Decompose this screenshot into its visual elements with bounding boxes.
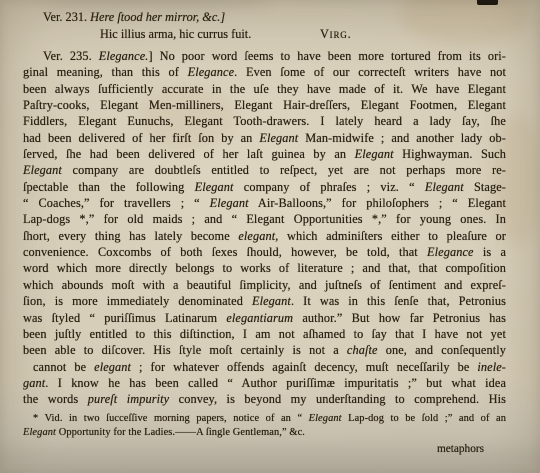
text-segment: . Even ſome of our correcteſt writers ha… (234, 65, 506, 79)
text-segment: Paſtry-cooks, Elegant Men-milliners, Ele… (23, 98, 506, 112)
text-line: Fiddlers, Elegant Eunuchs, Elegant Tooth… (23, 113, 506, 129)
text-segment: Ver. 235. (43, 49, 99, 63)
text-segment: Lap-dog to be ſold ;” and of an (342, 413, 506, 424)
verse-label: Ver. 231. (43, 10, 87, 24)
text-segment: ſion, is more immediately denominated (23, 294, 252, 308)
italic-text-segment: gant (23, 376, 45, 390)
text-segment: Stage- (464, 180, 506, 194)
text-segment: convenience. Coxcombs of both ſexes ſhou… (23, 245, 427, 259)
italic-text-segment: Elegant (23, 163, 62, 177)
text-segment: one, and conſequently (378, 343, 506, 357)
text-line: convenience. Coxcombs of both ſexes ſhou… (23, 244, 506, 260)
text-segment: which abounds moſt with a beautiful ſimp… (23, 278, 506, 292)
italic-text-segment: elegant (238, 229, 275, 243)
latin-quote: Hic illius arma, hic currus fuit. (100, 27, 251, 41)
text-line: ſerved, ſhe had been delivered of her la… (23, 146, 506, 162)
text-segment: cannot be (33, 360, 94, 374)
text-line: been juſtly entitled to this diſtinction… (23, 326, 506, 342)
text-line: been always ſufficiently accurate in the… (23, 81, 506, 97)
text-segment: company of phraſes ; viz. “ (234, 180, 425, 194)
italic-text-segment: inele- (477, 360, 506, 374)
italic-text-segment: Elegance. (99, 49, 149, 63)
quote-attribution: Virg. (320, 26, 351, 43)
footnote: * Vid. in two ſucceſſive morning papers,… (23, 412, 506, 440)
verse-note-231: Ver. 231. Here ſtood her mirror, &c.] Hi… (23, 9, 506, 43)
italic-text-segment: Elegant (252, 294, 291, 308)
text-segment: Man-midwife ; and another lady ob- (298, 131, 506, 145)
italic-text-segment: Elegance (427, 245, 474, 259)
text-line: “ Coaches,” for travellers ; “ Elegant A… (23, 195, 506, 211)
text-segment: ſerved, ſhe had been delivered of her la… (23, 147, 355, 161)
italic-text-segment: Elegant (259, 131, 298, 145)
text-line: Elegant company are doubtleſs entitled t… (23, 162, 506, 178)
text-line: which abounds moſt with a beautiful ſimp… (23, 277, 506, 293)
text-line: * Vid. in two ſucceſſive morning papers,… (23, 412, 506, 426)
text-segment: is a (474, 245, 506, 259)
text-line: was ſtyled “ puriſſimus Latinarum elegan… (23, 310, 506, 326)
text-segment: Fiddlers, Elegant Eunuchs, Elegant Tooth… (23, 114, 506, 128)
italic-text-segment: pureſt impurity (88, 392, 169, 406)
italic-text-segment: elegant (94, 360, 131, 374)
text-segment: was ſtyled “ puriſſimus Latinarum (23, 311, 226, 325)
ink-blot-artifact (477, 0, 498, 5)
book-page: Ver. 231. Here ſtood her mirror, &c.] Hi… (0, 0, 540, 473)
text-line: Elegant Opportunity for the Ladies.——A ſ… (23, 426, 506, 440)
italic-text-segment: Elegant (195, 180, 234, 194)
verse-title: Here ſtood her mirror, &c.] (90, 10, 225, 24)
text-segment: Highwayman. Such (394, 147, 506, 161)
text-segment: Air-Balloons,” for philoſophers ; “ Eleg… (249, 196, 506, 210)
text-line: word which more directly belongs to work… (23, 260, 506, 276)
verse-231-heading: Ver. 231. Here ſtood her mirror, &c.] (23, 9, 506, 26)
text-segment: company are doubtleſs entitled to reſpec… (62, 163, 506, 177)
text-segment: ginal meaning, than this of (23, 65, 188, 79)
text-segment: had been delivered of her firſt ſon by a… (23, 131, 259, 145)
text-segment: Opportunity for the Ladies.——A ſingle Ge… (56, 427, 305, 438)
text-line: Ver. 235. Elegance.] No poor word ſeems … (23, 48, 506, 64)
catchword: metaphors (437, 443, 484, 455)
italic-text-segment: Elegant (355, 147, 394, 161)
text-segment: ] No poor word ſeems to have been more t… (148, 49, 506, 63)
text-line: ginal meaning, than this of Elegance. Ev… (23, 64, 506, 80)
text-line: gant. I know he has been called “ Author… (23, 375, 506, 391)
text-line: been able to diſcover. His ſtyle moſt ce… (23, 342, 506, 358)
text-segment: convey, is beyond my underſtanding to co… (169, 392, 506, 406)
text-segment: the words (23, 392, 88, 406)
text-line: cannot be elegant ; for whatever offends… (23, 359, 506, 375)
text-segment: “ Coaches,” for travellers ; “ (23, 196, 210, 210)
italic-text-segment: elegantiarum (226, 311, 293, 325)
text-segment: author.” But how far Petronius has (293, 311, 506, 325)
text-segment: been able to diſcover. His ſtyle moſt ce… (23, 343, 347, 357)
latin-quote-line: Hic illius arma, hic currus fuit. Virg. (23, 26, 506, 43)
text-segment: . I know he has been called “ Author pur… (45, 376, 506, 390)
text-segment: ; for whatever offends againſt decency, … (131, 360, 477, 374)
text-line: ſhort, every thing has lately become ele… (23, 228, 506, 244)
text-segment: ſhort, every thing has lately become (23, 229, 238, 243)
text-segment: word which more directly belongs to work… (23, 261, 506, 275)
text-segment: * Vid. in two ſucceſſive morning papers,… (33, 413, 309, 424)
italic-text-segment: chaſte (347, 343, 378, 357)
text-segment: Lap-dogs *,” for old maids ; and “ Elega… (23, 212, 506, 226)
italic-text-segment: Elegant (309, 413, 342, 424)
text-segment: , which adminiſters either to pleaſure o… (275, 229, 506, 243)
italic-text-segment: Elegant (23, 427, 56, 438)
text-line: ſion, is more immediately denominated El… (23, 293, 506, 309)
text-line: the words pureſt impurity convey, is bey… (23, 391, 506, 407)
text-segment: ſpectable than the following (23, 180, 195, 194)
text-segment: been juſtly entitled to this diſtinction… (23, 327, 506, 341)
italic-text-segment: Elegant (210, 196, 249, 210)
italic-text-segment: Elegance (188, 65, 235, 79)
verse-note-235-commentary: Ver. 235. Elegance.] No poor word ſeems … (23, 48, 506, 408)
italic-text-segment: Elegant (425, 180, 464, 194)
text-line: Lap-dogs *,” for old maids ; and “ Elega… (23, 211, 506, 227)
text-segment: . It was in this ſenſe that, Petronius (291, 294, 506, 308)
text-segment: been always ſufficiently accurate in the… (23, 82, 506, 96)
text-line: ſpectable than the following Elegant com… (23, 179, 506, 195)
text-line: Paſtry-cooks, Elegant Men-milliners, Ele… (23, 97, 506, 113)
text-line: had been delivered of her firſt ſon by a… (23, 130, 506, 146)
